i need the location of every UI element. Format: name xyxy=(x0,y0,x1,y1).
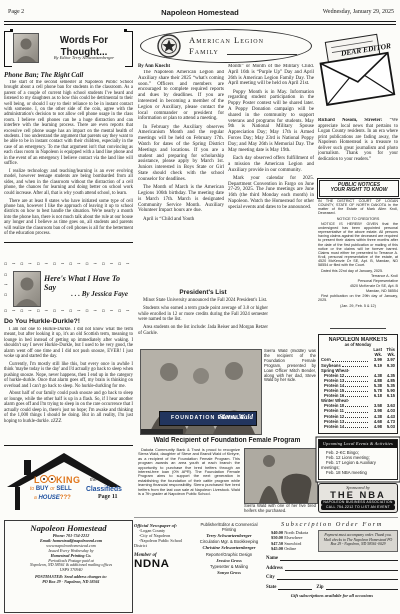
frame-knob-left xyxy=(10,29,13,32)
paragraph: The Month of March is the American Legio… xyxy=(138,185,224,214)
column-divider-2 xyxy=(4,445,133,446)
notice-first-publication: First publication on the 29th day of Jan… xyxy=(318,294,398,302)
dot-leader xyxy=(345,409,368,413)
sponsor-call-line: Call 754-2212 to list an event xyxy=(321,505,395,510)
staff-name: Jessica Gross xyxy=(196,558,262,563)
last-week: 9.19 xyxy=(369,363,382,368)
last-week: 4.98 xyxy=(369,424,382,429)
article-body-phone-ban: The start of the second semester at Napo… xyxy=(4,80,133,240)
masthead-title: Napoleon Homestead xyxy=(5,523,132,533)
dot-leader xyxy=(345,414,368,418)
commodity: Protein 14 xyxy=(321,424,344,429)
public-notices-header: PUBLIC NOTICES YOUR RIGHT TO KNOW xyxy=(319,180,399,197)
this-week: 9.30 xyxy=(382,363,395,368)
column-byline: By Editor Terry Schwartzenberger xyxy=(38,55,130,60)
girl-with-heifer-silhouette-icon xyxy=(245,449,317,503)
paragraph: Currently, I'm mostly still like this, b… xyxy=(4,362,133,389)
state-input-line xyxy=(278,585,312,590)
masthead-details: Phone: 701-754-2212 Email: homestead@nap… xyxy=(5,533,132,586)
event-item: Feb. 18 NBA meeting xyxy=(321,470,395,475)
sponsor-name: THE NBA xyxy=(320,490,396,500)
article-headline-phone-ban: Phone Ban; The Right Call xyxy=(4,71,133,79)
paragraph: About half of our family could push snoo… xyxy=(4,391,133,423)
city-input-line xyxy=(277,575,398,580)
this-week: 5.03 xyxy=(382,424,395,429)
heifer-photo xyxy=(244,448,318,504)
court-notice: IN THE DISTRICT COURT OF LOGAN COUNTY, S… xyxy=(318,199,398,309)
presidents-list-heading: President's List xyxy=(138,289,268,296)
banner-title-line2: . . . By Jessica Faye xyxy=(44,290,128,298)
paragraph: The start of the second semester at Napo… xyxy=(4,80,133,167)
foundation-banner: FOUNDATION FEMALE Sierra Wald xyxy=(159,411,257,426)
rate-label: North Dakota xyxy=(284,530,308,535)
dot-leader xyxy=(345,419,368,423)
paragraph: Minot State University announced the Fal… xyxy=(138,298,268,304)
dot-leader xyxy=(345,403,368,407)
dot-leader xyxy=(345,393,368,397)
column-divider xyxy=(4,242,133,243)
header-rule-2 xyxy=(4,24,396,25)
frame-knob-right xyxy=(124,29,127,32)
payment-note: Payment must accompany order. Thank you.… xyxy=(318,530,398,552)
legion-name-line2: Family xyxy=(189,46,219,56)
dot-leader xyxy=(345,424,368,428)
paragraph: Mark your calendar for 2025. Department … xyxy=(228,176,314,211)
dot-leader xyxy=(345,378,368,382)
ndna-logo: NDNA xyxy=(134,558,197,570)
newspaper-page: Page 2 Napoleon Homestead Wednesday, Jan… xyxy=(0,0,400,614)
address-input-line xyxy=(285,566,398,571)
masthead-box: Napoleon Homestead Phone: 701-754-2212 E… xyxy=(4,520,133,613)
ad-or: or xyxy=(50,486,54,492)
staff-name: Terry Schwartzenberger xyxy=(196,533,262,538)
notice-signature-block: Terrance A. Kroll Personal Representativ… xyxy=(318,274,398,294)
ad-classifieds: Classifieds xyxy=(86,484,122,493)
ad-the: the xyxy=(90,478,97,483)
ad-to: to xyxy=(30,486,34,492)
legion-name-line1: American Legion xyxy=(189,35,264,45)
legion-family-logo: American Legion Family xyxy=(140,29,312,63)
person-silhouette-icon xyxy=(14,34,38,62)
markets-box: NAPOLEON MARKETS as of Monday Last Wk. T… xyxy=(318,334,398,434)
markets-col2: This Wk. xyxy=(382,347,395,357)
field-name: Name xyxy=(266,552,398,562)
legion-byline: By Ann Knecht xyxy=(138,64,170,69)
classifieds-ad: LKING to BUY or SELL a HOUSE??? the Clas… xyxy=(4,450,133,514)
ad-buy: BUY xyxy=(36,486,49,492)
heres-what-banner: ▫ ~ ▫ ~ ▫ ~ ▫ ~ ▫ ~ ▫ ~ ▫ ~ ▫ ~ ▫ ~ ▫ ~ … xyxy=(4,262,133,314)
masthead-po-box: PO Box 29 - Napoleon, ND 58561 xyxy=(8,580,129,585)
rate-price: $47.50 xyxy=(271,541,283,546)
ad-question-marks: ??? xyxy=(60,495,71,501)
nba-sponsor-box: Sponsored by THE NBA Napoleon Business A… xyxy=(318,483,398,513)
ad-page: Page 11 xyxy=(98,494,118,500)
paragraph: I realize technology and teaching/learni… xyxy=(4,169,133,196)
letter-to-editor: Richard Nosom, Streeter: “We appreciate … xyxy=(318,118,398,176)
wald-headline: Wald Recipient of Foundation Female Prog… xyxy=(142,437,313,444)
events-list: Feb. 2-KC Bingo; Feb. 12 Lions meeting; … xyxy=(319,448,397,476)
paragraph: Area students on the list include: Jada … xyxy=(138,325,268,336)
zip-input-line xyxy=(326,585,398,590)
events-box: Upcoming Local Events & Activities Feb. … xyxy=(318,439,398,480)
legion-logo-rule xyxy=(227,54,297,55)
paragraph: April is “Child and Youth xyxy=(138,217,224,223)
paragraph: There are at least 8 states who have ini… xyxy=(4,199,133,237)
words-for-thought-box: Words For Thought... By Editor Terry Sch… xyxy=(4,29,133,69)
field-label-city: City xyxy=(266,575,275,580)
article-headline-hurkle: Do You Hurkle-Durkle?! xyxy=(4,318,133,325)
signature-name: Terrance A. Kroll xyxy=(318,274,398,278)
editor-photo xyxy=(13,33,39,63)
masthead-usps: USPS 370940 xyxy=(8,568,129,573)
letter-author: Richard Nosom, Streeter: xyxy=(318,118,382,123)
article-body-hurkle: I am not one to Hurkle-Durkle. I did not… xyxy=(4,327,133,441)
staff-block: Publisher/Editor & Commercial Printing T… xyxy=(196,523,262,578)
public-notices-line2: YOUR RIGHT TO KNOW xyxy=(320,188,398,194)
rate-price: $50.00 xyxy=(271,535,283,540)
subscription-title: Subscription Order Form xyxy=(266,521,398,528)
events-title: Upcoming Local Events & Activities xyxy=(319,440,397,448)
paragraph: Poppy Month is in May. Information regar… xyxy=(228,90,314,154)
dot-leader xyxy=(332,358,368,362)
subscription-form: Subscription Order Form $40.00 North Dak… xyxy=(266,521,398,598)
banner-signature: Sierra Wald xyxy=(219,413,253,421)
notice-court-caption: IN THE DISTRICT COURT OF LOGAN COUNTY, S… xyxy=(318,199,398,216)
legion-article-col2: Month” or Month of the Military Child. A… xyxy=(228,64,314,286)
ad-house: HOUSE xyxy=(38,495,59,501)
eyes-icon xyxy=(48,475,56,483)
header-rule-1 xyxy=(4,21,396,22)
commodity: Soybeans xyxy=(321,363,341,368)
ad-letters-king: KING xyxy=(56,475,81,485)
wald-body: Dakota Community Bank & Trust is proud t… xyxy=(138,448,240,514)
field-label-address: Address xyxy=(266,566,283,571)
eyes-icon xyxy=(40,475,48,483)
notice-body: NOTICE IS HEREBY GIVEN that the undersig… xyxy=(318,222,398,268)
notice-run-dates: (Jan. 29, Feb. 5 & 12) xyxy=(318,304,398,308)
dot-leader xyxy=(345,388,368,392)
field-label-name: Name xyxy=(266,556,278,561)
dot-leader xyxy=(345,383,368,387)
paragraph: I am not one to Hurkle-Durkle. I did not… xyxy=(4,327,133,359)
presidents-list-body: Minot State University announced the Fal… xyxy=(138,298,268,339)
notice-dated: Dated this 22nd day of January, 2025. xyxy=(318,269,398,273)
event-item: Feb. 17 Legion & Auxiliary meetings; xyxy=(321,460,395,470)
dear-editor-envelope-icon: DEAR EDITOR xyxy=(314,26,398,114)
staff-role: Reporter/Graphic Design xyxy=(196,553,262,558)
issue-date: Wednesday, January 29, 2025 xyxy=(264,9,394,15)
signature-title: Personal Representative xyxy=(318,279,398,283)
official-newspaper-block: Official Newspaper of: -Logan County -Ci… xyxy=(134,523,194,570)
wald-photo-caption: Sierra Wald (middle) was the recipient o… xyxy=(264,349,316,433)
ad-letter-l: L xyxy=(34,475,40,485)
rate-price: $45.00 xyxy=(271,546,283,551)
subscription-rates-row: $40.00 North Dakota $50.00 Elsewhere $47… xyxy=(266,530,398,552)
banner-border-top: ▫ ~ ▫ ~ ▫ ~ ▫ ~ ▫ ~ ▫ ~ ▫ ~ ▫ ~ ▫ ~ ▫ ~ … xyxy=(4,262,133,267)
markets-col1: Last Wk. xyxy=(369,347,382,357)
field-city: City xyxy=(266,571,398,581)
wald-photo: FOUNDATION FEMALE Sierra Wald xyxy=(140,349,262,435)
market-row: Protein 144.985.03 xyxy=(321,424,395,429)
notice-end-rule xyxy=(330,328,386,329)
legion-article-col1: The Napoleon American Legion and Auxilia… xyxy=(138,70,224,286)
rates-list: $40.00 North Dakota $50.00 Elsewhere $47… xyxy=(266,530,318,552)
ad-house-line: a HOUSE??? xyxy=(34,495,71,501)
name-input-line xyxy=(280,556,398,561)
gift-note: Gift subscriptions available for all occ… xyxy=(266,593,398,598)
frame-bracket-left xyxy=(4,31,12,67)
this-week: 6.15 xyxy=(382,393,395,398)
paragraph: The Napoleon American Legion and Auxilia… xyxy=(138,70,224,122)
last-week: 6.18 xyxy=(369,393,382,398)
person-silhouette-icon xyxy=(14,272,40,306)
ad-a: a xyxy=(34,495,37,501)
paragraph: Month” or Month of the Military Child. A… xyxy=(228,64,314,87)
photo-watermark xyxy=(141,429,183,434)
staff-role: Publisher/Editor & Commercial Printing xyxy=(196,523,262,533)
notice-heading: NOTICE TO CREDITORS xyxy=(318,217,398,221)
markets-title: NAPOLEON MARKETS xyxy=(325,337,392,343)
legion-emblem-icon xyxy=(157,34,181,58)
rate-label: Online xyxy=(284,546,296,551)
field-state-zip: State Zip xyxy=(266,580,398,590)
dot-leader xyxy=(345,373,368,377)
signature-address-2: Mandan, ND 58554 xyxy=(318,289,398,293)
field-label-zip: Zip xyxy=(316,585,323,590)
ad-sell: SELL xyxy=(56,486,71,492)
paragraph: Students who earned a term grade point a… xyxy=(138,306,268,323)
columnist-photo xyxy=(13,271,41,307)
heifer-photo-caption: Sierra Wald with one of her five bred he… xyxy=(244,504,316,514)
field-label-state: State xyxy=(266,585,276,590)
sponsor-full-name: Napoleon Business Association xyxy=(321,500,395,505)
paragraph: In February the Auxiliary observes Ameri… xyxy=(138,125,224,183)
rate-price: $40.00 xyxy=(271,530,283,535)
ad-looking-line: LKING xyxy=(34,475,81,485)
letter-quote: “We appreciate local news that pertains … xyxy=(318,118,398,162)
rate-label: Snowbird xyxy=(284,541,301,546)
markets-header-row: Last Wk. This Wk. xyxy=(321,347,395,357)
dot-leader xyxy=(342,363,368,367)
banner-border-left: ▫ ~ ▫ xyxy=(4,271,10,301)
banner-border-bottom: ▫ ~ ▫ ~ ▫ ~ ▫ ~ ▫ ~ ▫ ~ ▫ ~ ▫ ~ ▫ ~ ▫ ~ … xyxy=(4,309,133,314)
rate-label: Elsewhere xyxy=(284,535,302,540)
official-item: -Napoleon Public School District xyxy=(134,538,194,548)
staff-name: Christine Schwartzenberger xyxy=(196,545,262,550)
signature-address-1: 4520 McKenzie Dr SE, Apt. B xyxy=(318,284,398,288)
paragraph: Each day observed offers fulfillment of … xyxy=(228,156,314,173)
ad-buy-sell-line: to BUY or SELL xyxy=(30,486,72,492)
staff-name: Sonya Gross xyxy=(196,570,262,575)
field-address: Address xyxy=(266,561,398,571)
bottom-strip-rule xyxy=(134,517,398,518)
